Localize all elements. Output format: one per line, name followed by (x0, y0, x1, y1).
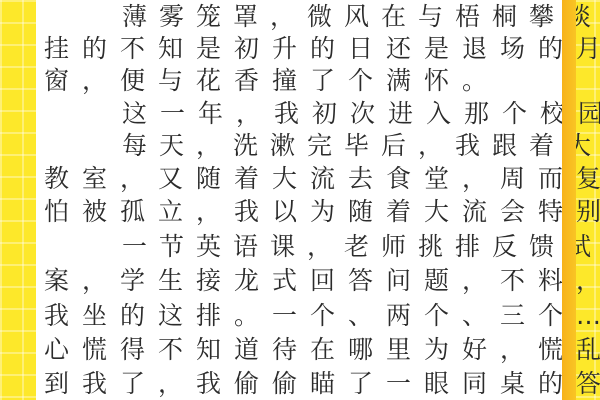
text-line-6: 教室，又随着大流去食堂，周而复始，我 (44, 164, 559, 194)
text-line-1: 薄雾笼罩，微风在与梧桐攀谈。天边 (122, 2, 552, 32)
text-line-5: 每天，洗漱完毕后，我跟着大流进入 (122, 131, 552, 161)
text-line-12: 到我了，我偷偷瞄了一眼同桌的答案，心 (44, 369, 559, 399)
page-shadow (562, 0, 576, 400)
article-page: 薄雾笼罩，微风在与梧桐攀谈。天边 挂的不知是初升的日还是退场的月。推开 窗，便与… (36, 0, 562, 400)
text-line-10: 我坐的这排。一个、两个、三个……我的 (44, 301, 559, 331)
text-line-3: 窗，便与花香撞了个满怀。 (44, 66, 559, 96)
text-line-11: 心慌得不知道待在哪里为好，慌乱间竟然 (44, 335, 559, 365)
text-line-9: 案，学生接龙式回答问题，不料，恰好是 (44, 266, 559, 296)
text-line-4: 这一年，我初次进入那个校园。 (122, 99, 600, 129)
text-line-2: 挂的不知是初升的日还是退场的月。推开 (44, 34, 559, 64)
text-line-8: 一节英语课，老师挑排反馈试卷答 (122, 232, 552, 262)
text-line-7: 怕被孤立，我以为随着大流会特别安全。 (44, 197, 559, 227)
